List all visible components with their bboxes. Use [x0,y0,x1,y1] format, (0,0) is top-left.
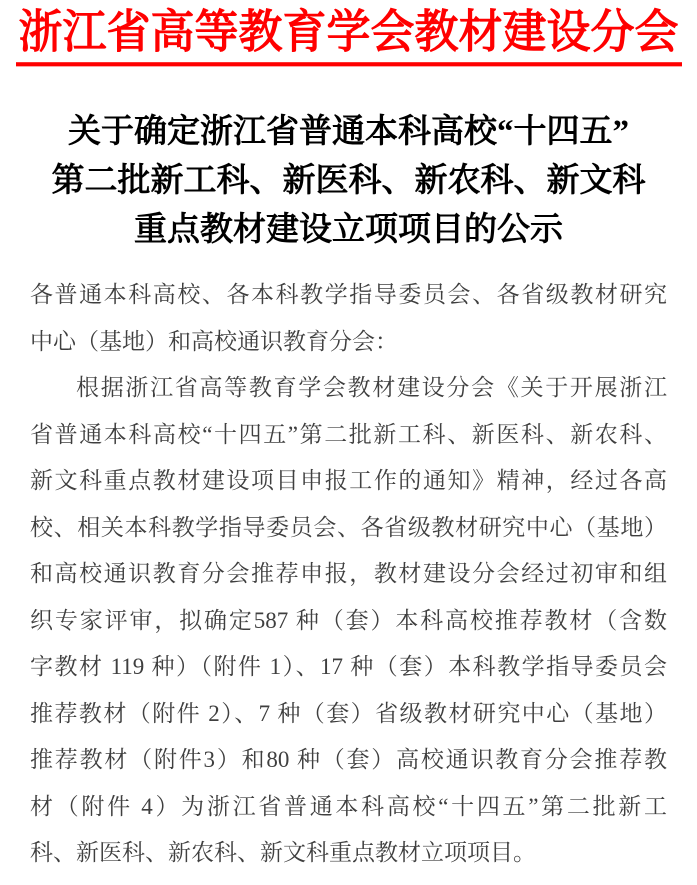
doc-line: 字教材 119 种）（附件 1）、17 种（套）本科教学指导委员会 [30,644,667,691]
document-body: 各普通本科高校、各本科教学指导委员会、各省级教材研究 中心（基地）和高校通识教育… [30,272,667,877]
title-line-3: 重点教材建设立项项目的公示 [0,206,697,255]
doc-line: 校、相关本科教学指导委员会、各省级教材研究中心（基地） [30,505,667,552]
doc-line: 根据浙江省高等教育学会教材建设分会《关于开展浙江 [30,365,667,412]
doc-line: 推荐教材（附件3）和80 种（套）高校通识教育分会推荐教 [30,737,667,784]
doc-line: 中心（基地）和高校通识教育分会： [30,319,667,366]
doc-line: 织专家评审，拟确定587 种（套）本科高校推荐教材（含数 [30,598,667,645]
doc-line: 省普通本科高校“十四五”第二批新工科、新医科、新农科、 [30,412,667,459]
title-line-1: 关于确定浙江省普通本科高校“十四五” [0,108,697,157]
doc-line: 各普通本科高校、各本科教学指导委员会、各省级教材研究 [30,272,667,319]
doc-line: 科、新医科、新农科、新文科重点教材立项项目。 [30,830,667,877]
organization-banner: 浙江省高等教育学会教材建设分会 [16,5,682,66]
doc-line: 材（附件 4）为浙江省普通本科高校“十四五”第二批新工 [30,784,667,831]
title-line-2: 第二批新工科、新医科、新农科、新文科 [0,157,697,206]
salutation-paragraph: 各普通本科高校、各本科教学指导委员会、各省级教材研究 中心（基地）和高校通识教育… [30,272,667,365]
main-paragraph: 根据浙江省高等教育学会教材建设分会《关于开展浙江 省普通本科高校“十四五”第二批… [30,365,667,877]
document-title: 关于确定浙江省普通本科高校“十四五” 第二批新工科、新医科、新农科、新文科 重点… [0,108,697,255]
doc-line: 新文科重点教材建设项目申报工作的通知》精神，经过各高 [30,458,667,505]
doc-line: 和高校通识教育分会推荐申报，教材建设分会经过初审和组 [30,551,667,598]
banner-container: 浙江省高等教育学会教材建设分会 [0,0,697,64]
document-page: 浙江省高等教育学会教材建设分会 关于确定浙江省普通本科高校“十四五” 第二批新工… [0,0,697,885]
doc-line: 推荐教材（附件 2）、7 种（套）省级教材研究中心（基地） [30,691,667,738]
